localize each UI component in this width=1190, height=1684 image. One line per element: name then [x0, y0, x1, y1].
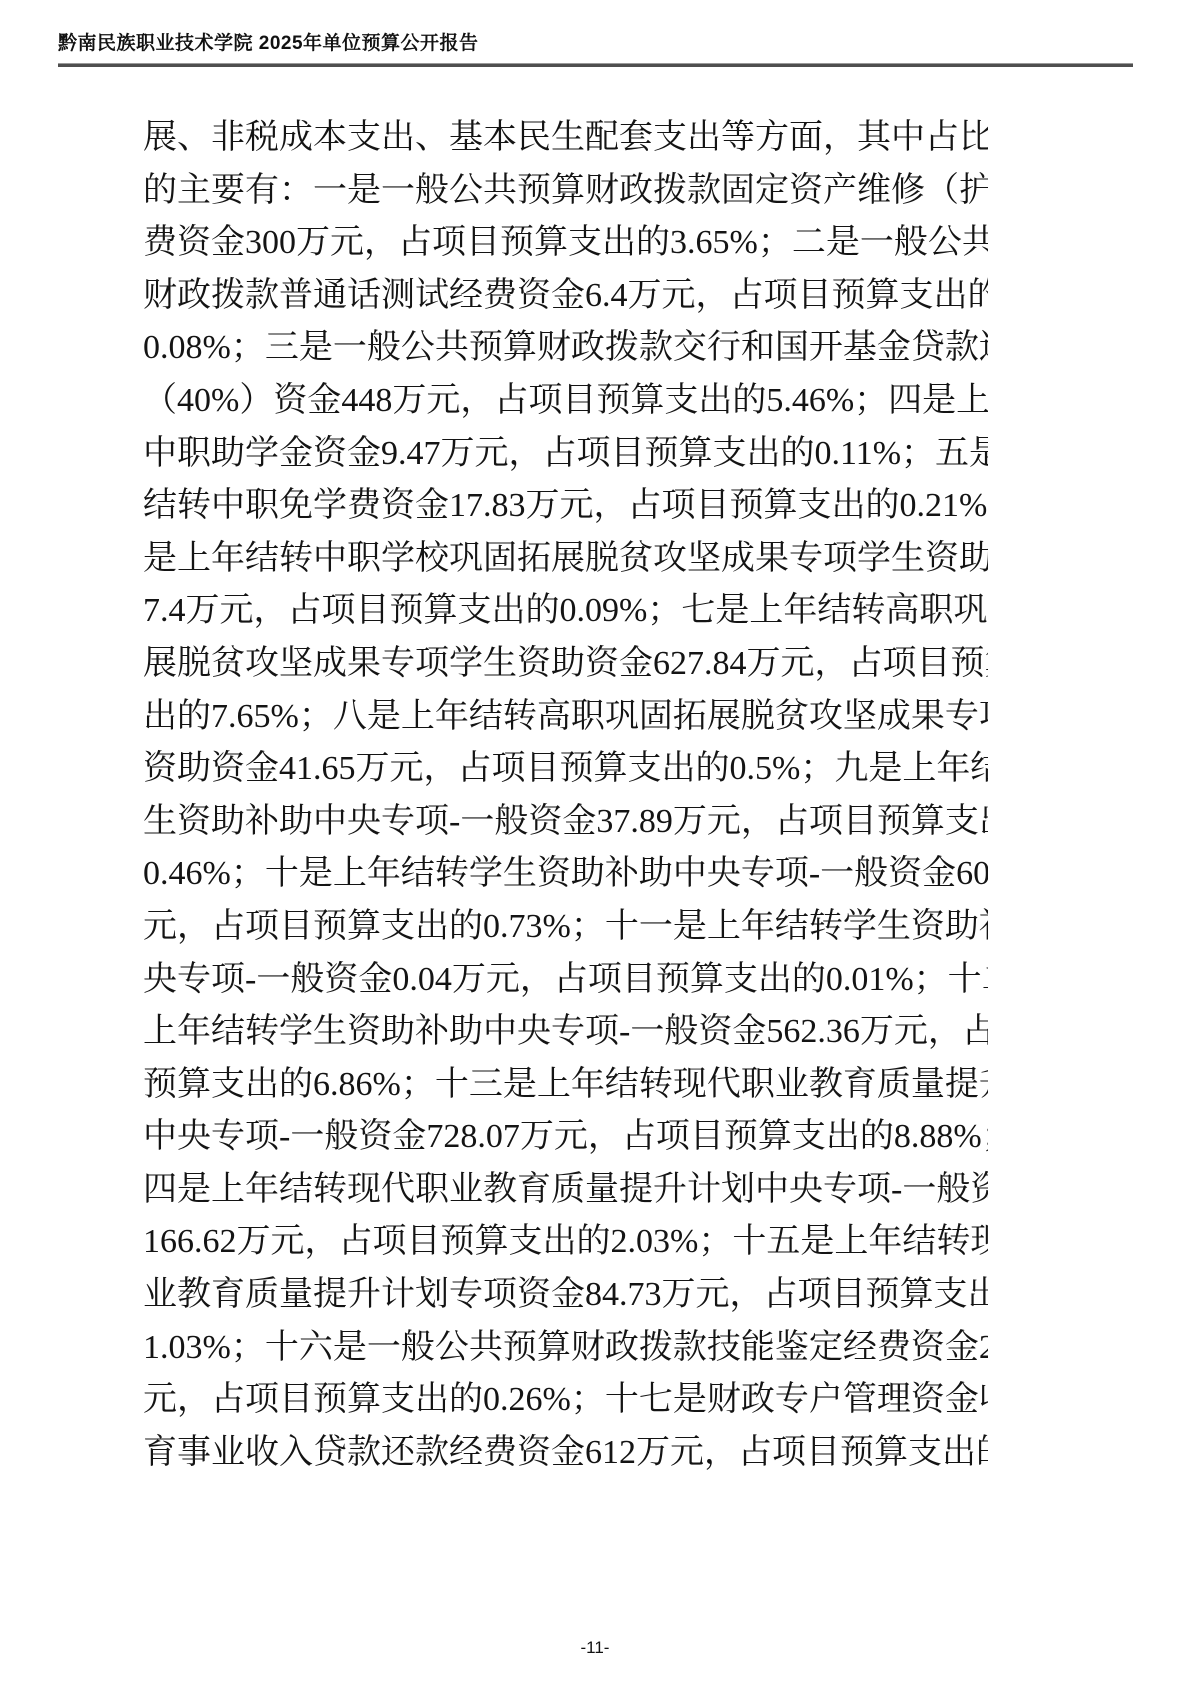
text-line: 的主要有：一是一般公共预算财政拨款固定资产维修（护）经 — [143, 165, 988, 218]
text-line: 展、非税成本支出、基本民生配套支出等方面，其中占比较大 — [143, 112, 988, 165]
text-line: 中央专项-一般资金728.07万元，占项目预算支出的8.88%；十 — [143, 1111, 988, 1164]
header-rule — [58, 63, 1133, 67]
text-line: 生资助补助中央专项-一般资金37.89万元，占项目预算支出的 — [143, 796, 988, 849]
text-line: 展脱贫攻坚成果专项学生资助资金627.84万元，占项目预算支 — [143, 638, 988, 691]
text-line: 结转中职免学费资金17.83万元，占项目预算支出的0.21%；六 — [143, 480, 988, 533]
text-line: 财政拨款普通话测试经费资金6.4万元，占项目预算支出的 — [143, 270, 988, 323]
page-number: -11- — [581, 1638, 610, 1657]
text-line: 0.46%；十是上年结转学生资助补助中央专项-一般资金60.27万 — [143, 848, 988, 901]
text-line: 育事业收入贷款还款经费资金612万元，占项目预算支出的 — [143, 1427, 988, 1480]
text-line: 业教育质量提升计划专项资金84.73万元，占项目预算支出的 — [143, 1269, 988, 1322]
text-line: 元，占项目预算支出的0.73%；十一是上年结转学生资助补助中 — [143, 901, 988, 954]
text-line: 出的7.65%；八是上年结转高职巩固拓展脱贫攻坚成果专项学生 — [143, 691, 988, 744]
text-line: 1.03%；十六是一般公共预算财政拨款技能鉴定经费资金22万 — [143, 1322, 988, 1375]
header-title: 黔南民族职业技术学院 2025年单位预算公开报告 — [58, 28, 1133, 55]
text-line: 费资金300万元，占项目预算支出的3.65%；二是一般公共预算 — [143, 217, 988, 270]
text-line: 166.62万元，占项目预算支出的2.03%；十五是上年结转现代职 — [143, 1216, 988, 1269]
text-line: 中职助学金资金9.47万元，占项目预算支出的0.11%；五是上年 — [143, 428, 988, 481]
text-line: 央专项-一般资金0.04万元，占项目预算支出的0.01%；十二是 — [143, 954, 988, 1007]
text-line: 7.4万元，占项目预算支出的0.09%；七是上年结转高职巩固拓 — [143, 585, 988, 638]
text-line: 0.08%；三是一般公共预算财政拨款交行和国开基金贷款还款 — [143, 322, 988, 375]
text-line: 上年结转学生资助补助中央专项-一般资金562.36万元，占项目 — [143, 1006, 988, 1059]
text-line: （40%）资金448万元，占项目预算支出的5.46%；四是上年结转 — [143, 375, 988, 428]
body-text: 展、非税成本支出、基本民生配套支出等方面，其中占比较大的主要有：一是一般公共预算… — [143, 112, 988, 1479]
page-footer: -11- — [0, 1638, 1190, 1658]
text-line: 预算支出的6.86%；十三是上年结转现代职业教育质量提升计划 — [143, 1059, 988, 1112]
text-line: 资助资金41.65万元，占项目预算支出的0.5%；九是上年结转学 — [143, 743, 988, 796]
text-line: 是上年结转中职学校巩固拓展脱贫攻坚成果专项学生资助资金 — [143, 533, 988, 586]
document-page: 黔南民族职业技术学院 2025年单位预算公开报告 展、非税成本支出、基本民生配套… — [0, 0, 1190, 1684]
text-line: 四是上年结转现代职业教育质量提升计划中央专项-一般资金 — [143, 1164, 988, 1217]
text-line: 元，占项目预算支出的0.26%；十七是财政专户管理资金收入教 — [143, 1374, 988, 1427]
page-header: 黔南民族职业技术学院 2025年单位预算公开报告 — [58, 28, 1133, 67]
